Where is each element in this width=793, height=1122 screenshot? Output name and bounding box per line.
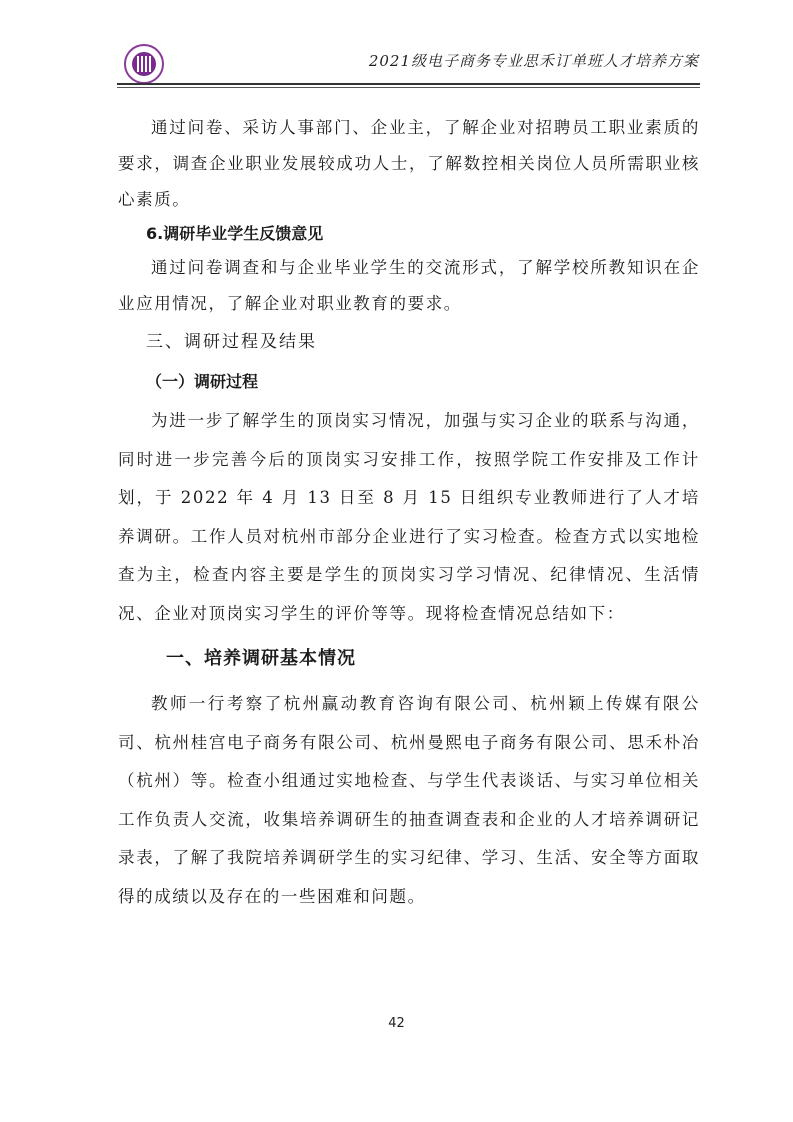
section-heading: 一、培养调研基本情况 bbox=[118, 637, 700, 681]
paragraph: 通过问卷调查和与企业毕业学生的交流形式，了解学校所教知识在企业应用情况，了解企业… bbox=[118, 250, 700, 322]
page-header: 2021级电子商务专业思禾订单班人才培养方案 bbox=[0, 0, 793, 110]
running-title: 2021级电子商务专业思禾订单班人才培养方案 bbox=[369, 50, 699, 71]
section-heading: 三、调研过程及结果 bbox=[118, 322, 700, 362]
paragraph: 通过问卷、采访人事部门、企业主，了解企业对招聘员工职业素质的要求，调查企业职业发… bbox=[118, 110, 700, 218]
header-rule bbox=[117, 83, 700, 85]
document-body: 通过问卷、采访人事部门、企业主，了解企业对招聘员工职业素质的要求，调查企业职业发… bbox=[118, 110, 700, 916]
school-logo-icon bbox=[124, 44, 164, 84]
subsection-heading: （一）调研过程 bbox=[118, 362, 700, 402]
subheading: 6.调研毕业学生反馈意见 bbox=[118, 218, 700, 250]
paragraph: 为进一步了解学生的顶岗实习情况，加强与实习企业的联系与沟通，同时进一步完善今后的… bbox=[118, 402, 700, 633]
header-rule-thin bbox=[117, 87, 700, 88]
paragraph: 教师一行考察了杭州赢动教育咨询有限公司、杭州颖上传媒有限公司、杭州桂宫电子商务有… bbox=[118, 685, 700, 916]
page-number: 42 bbox=[0, 1016, 793, 1031]
